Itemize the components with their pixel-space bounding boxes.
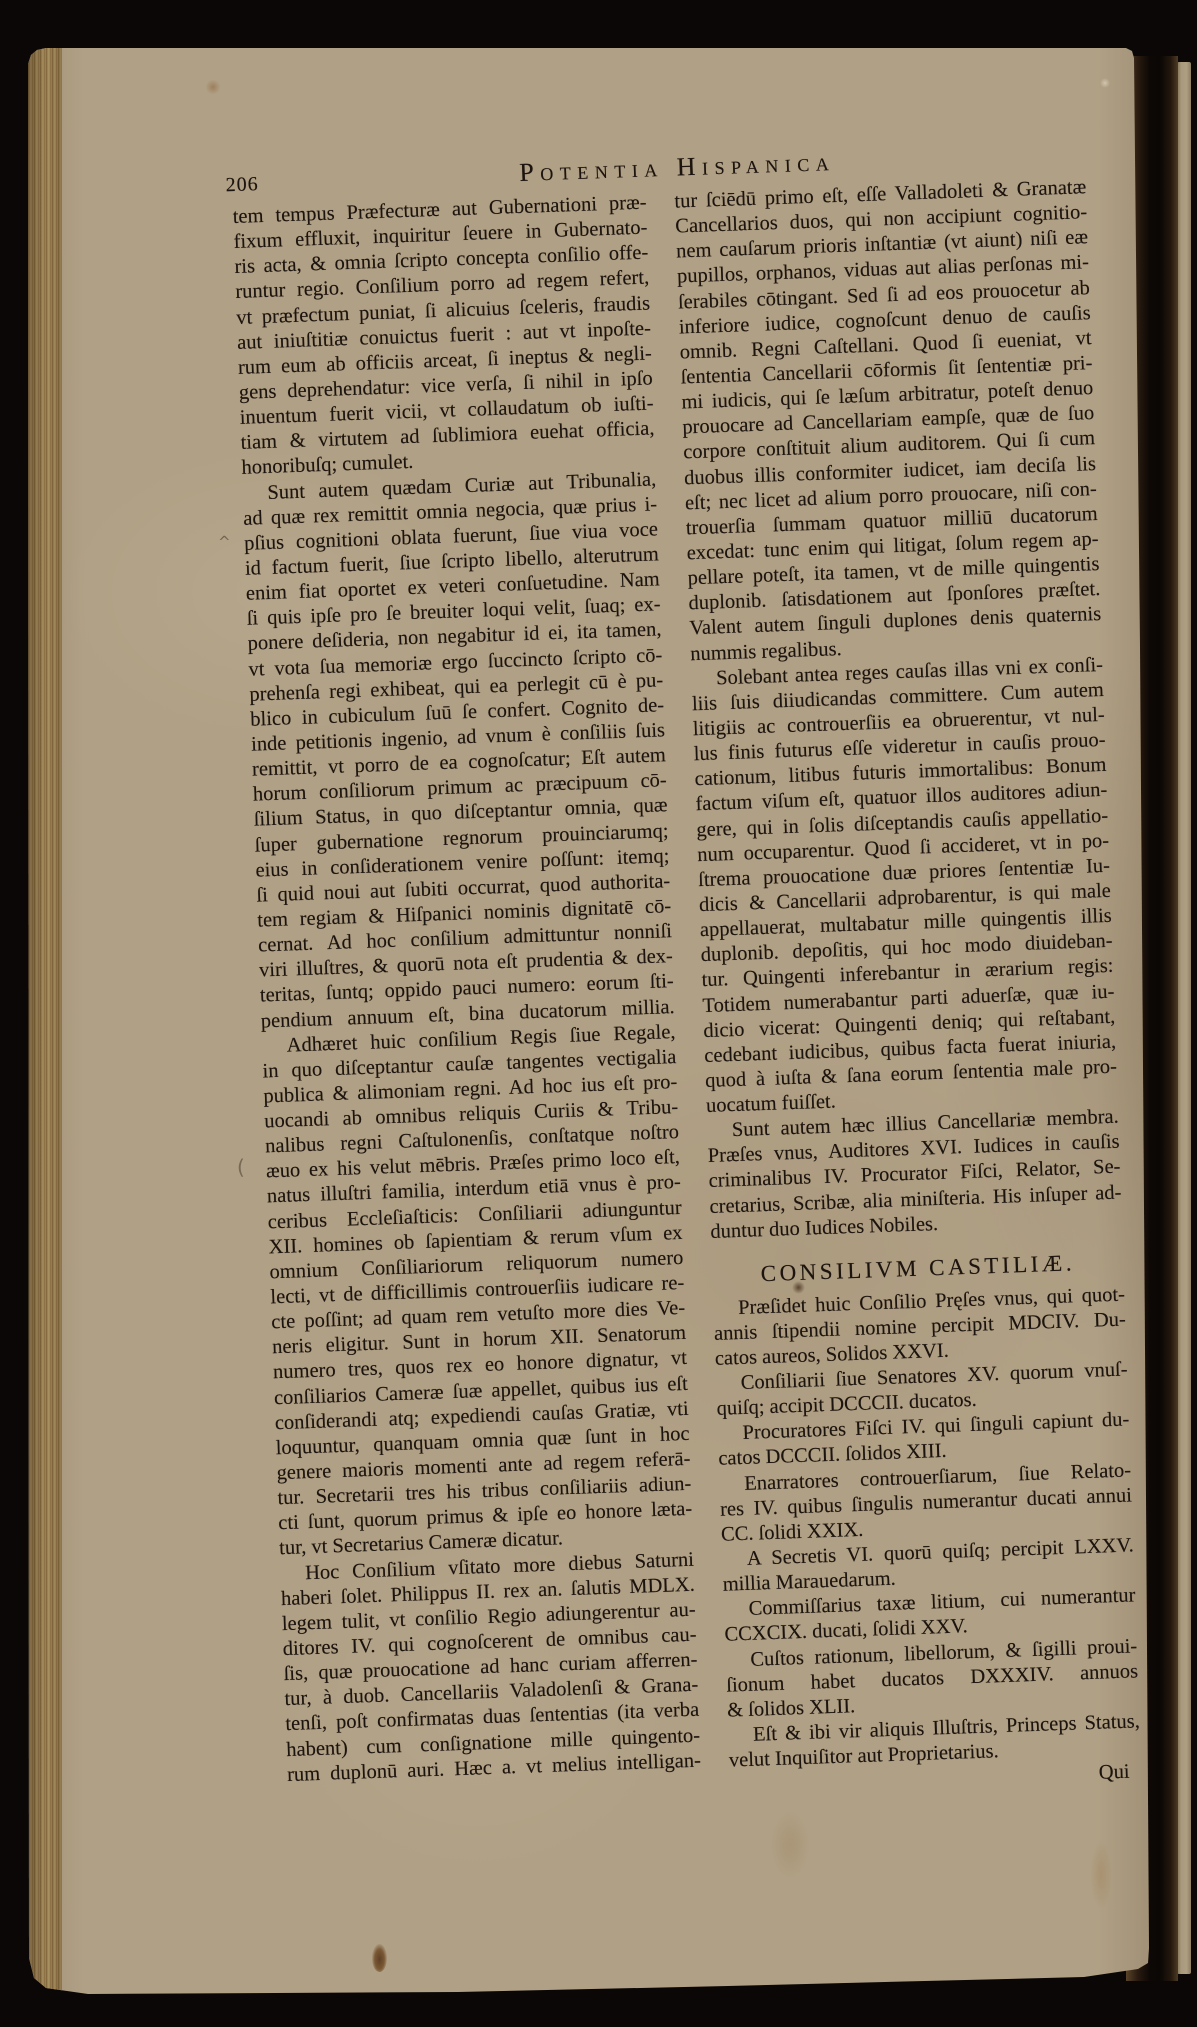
scanned-book-spread: ^ ( 206 Potentia Hispanica tem tempus Pr… [0,0,1197,2027]
paper-stain [770,1810,810,1880]
margin-mark-caret: ^ [218,533,231,551]
paper-spot [1100,78,1110,88]
page-fore-edge [28,48,62,1995]
paper-stain [205,80,221,94]
right-column: tur ſciēdū primo eſt, eſſe Valladoleti &… [674,175,1142,1799]
facing-page-edge [1176,62,1191,1974]
margin-mark-bracket: ( [237,1155,245,1179]
left-column: tem tempus Præfecturæ aut Gubernationi p… [232,190,701,1787]
paper-stain [1090,1840,1112,1910]
printed-text: 206 Potentia Hispanica tem tempus Præfec… [232,174,1148,1823]
ink-blot [372,1944,387,1972]
